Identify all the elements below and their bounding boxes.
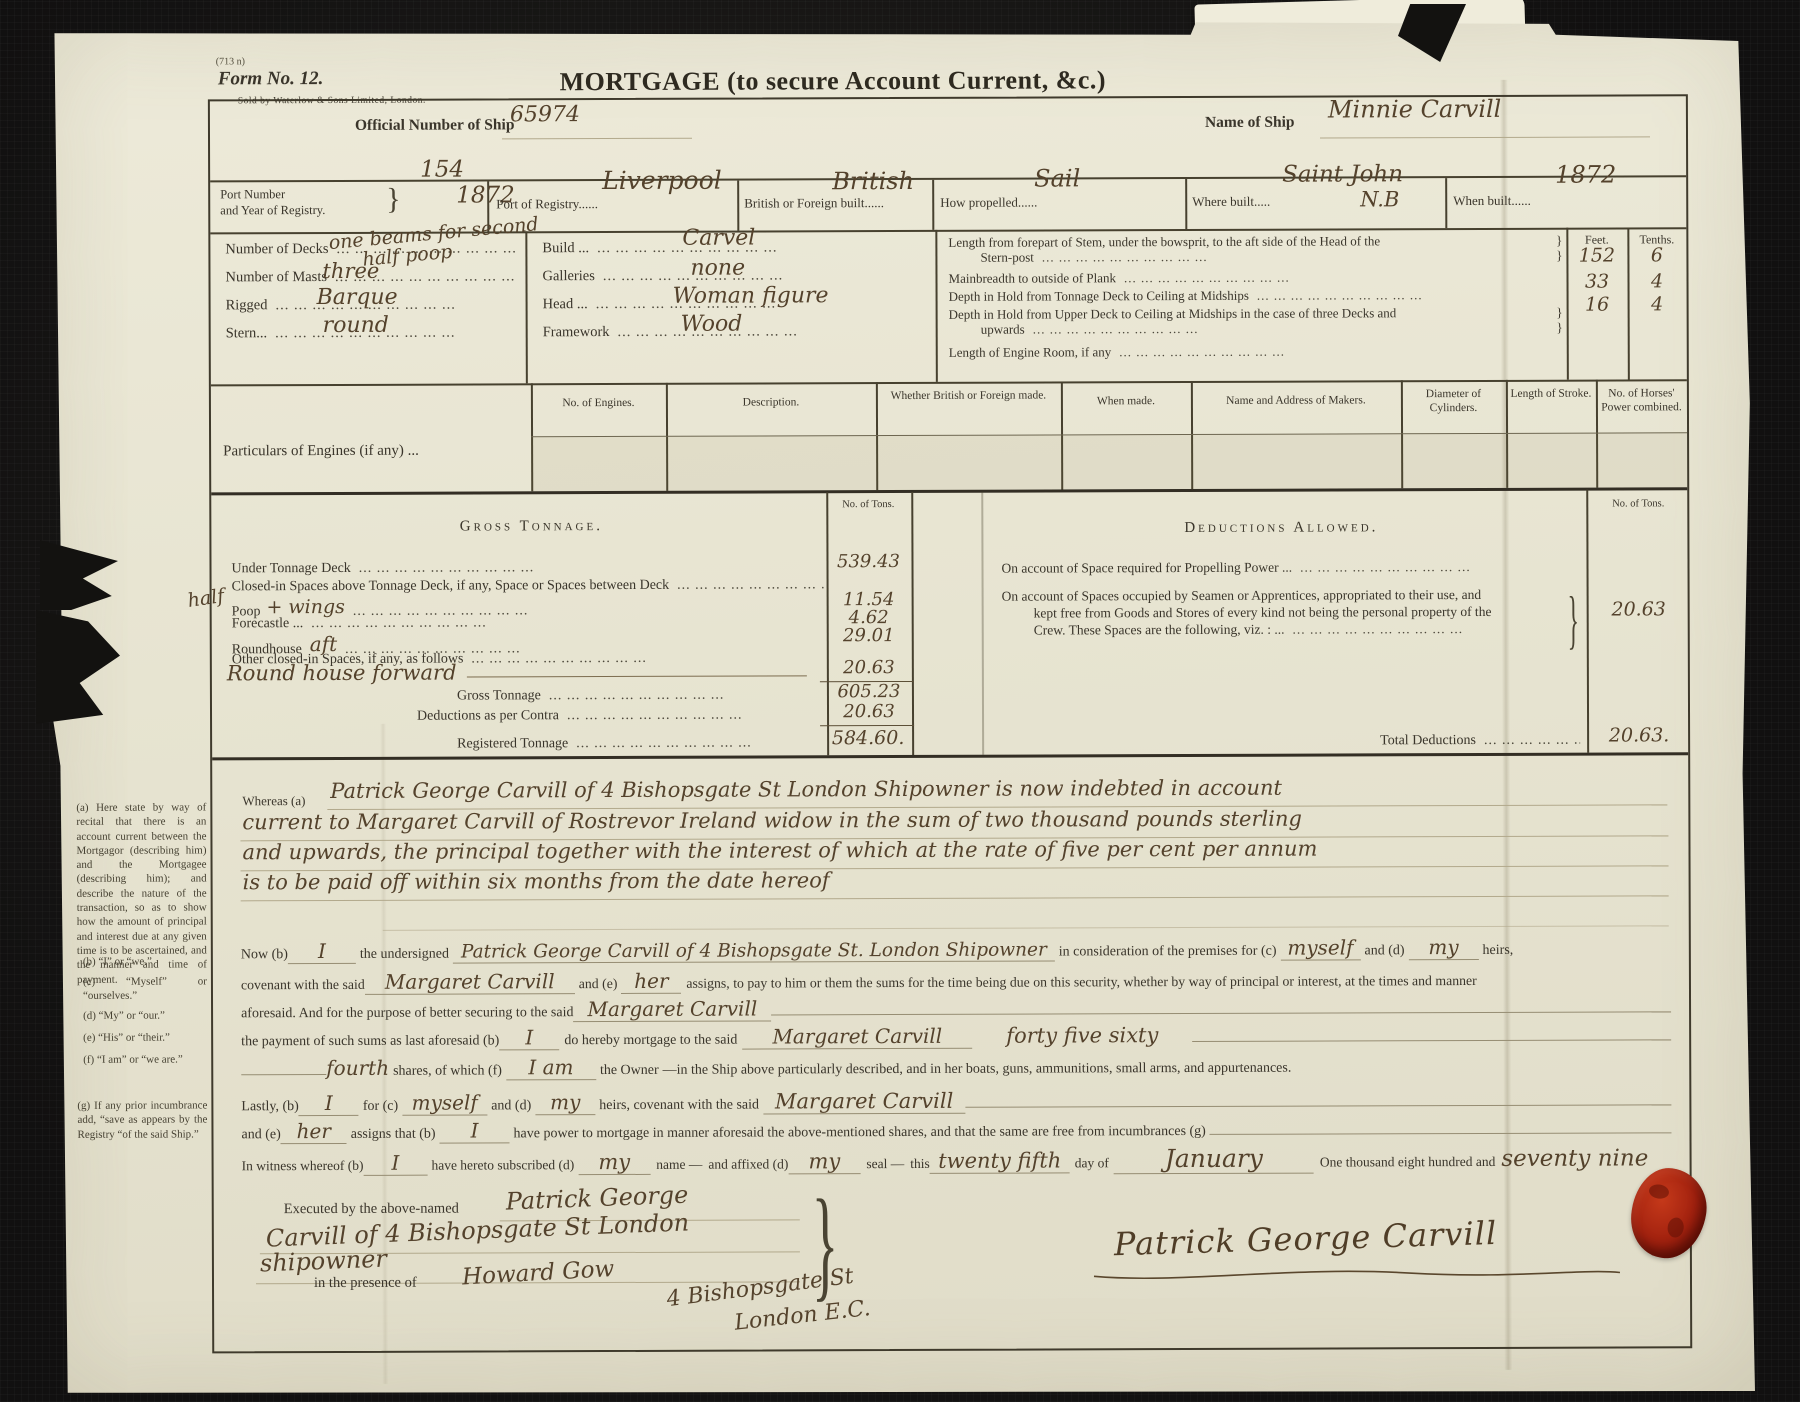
shares-handwritten: forty five sixty	[972, 1023, 1192, 1048]
witness-my2: my	[788, 1149, 860, 1174]
engine-value-cells	[531, 433, 1687, 491]
built-label: British or Foreign built......	[744, 195, 884, 211]
length-row-line2: Stern-post... ... ... ... ... ... ... ..…	[980, 248, 1562, 266]
i-am-handwritten: I am	[506, 1055, 596, 1080]
row2-v2	[737, 181, 739, 231]
gross-tonnage-label: Gross Tonnage	[457, 688, 541, 704]
length-feet-value: 152	[1566, 244, 1627, 266]
closed-spaces-leaders: ... ... ... ... ... ... ... ... ... ...	[677, 577, 824, 594]
propelling-leaders: ... ... ... ... ... ... ... ... ... ...	[1300, 559, 1572, 576]
engine-header-description: Description.	[666, 395, 876, 410]
row2-v4	[1185, 179, 1187, 229]
my-handwritten: my	[1408, 935, 1478, 960]
wax-seal-spot-1	[1648, 1183, 1670, 1200]
margin-note-b: (b) “I” or “we.”	[83, 954, 207, 969]
form-title: MORTGAGE (to secure Account Current, &c.…	[398, 65, 1268, 98]
mortgagor-signature: Patrick George Carvill	[1113, 1214, 1497, 1263]
depth-tenths-value: 4	[1628, 293, 1687, 315]
witness-address-line2: London E.C.	[733, 1296, 872, 1336]
engines-label: Particulars of Engines (if any) ...	[223, 443, 419, 461]
form-number: Form No. 12.	[218, 68, 324, 90]
engine-header-engines: No. of Engines.	[531, 396, 666, 411]
depth-row: Depth in Hold from Tonnage Deck to Ceili…	[949, 287, 1549, 305]
port-number-brace: }	[386, 183, 401, 217]
engine-header-when-made: When made.	[1061, 394, 1191, 409]
lastly-mortgagee: Margaret Carvill	[763, 1089, 965, 1115]
when-built-label: When built......	[1453, 193, 1531, 209]
whereas-line2: current to Margaret Carvill of Rostrevor…	[242, 807, 1302, 835]
under-deck-value: 539.43	[823, 551, 913, 572]
line4-dash-rule	[1192, 1039, 1671, 1042]
gross-tonnage-value: 605.23	[824, 681, 914, 702]
head-label: Head ...	[543, 296, 588, 313]
whereas-line1: Patrick George Carvill of 4 Bishopsgate …	[330, 776, 1282, 803]
length-brace-2: }	[1556, 248, 1562, 264]
shares-of-which-printed: shares, of which (f)	[389, 1063, 506, 1079]
row3-v1	[525, 231, 528, 383]
galleries-label: Galleries	[542, 268, 594, 285]
presence-label: in the presence of	[314, 1275, 417, 1292]
propelled-value: Sail	[1034, 164, 1080, 192]
roundhouse-value: 29.01	[824, 625, 914, 646]
breadth-leaders: ... ... ... ... ... ... ... ... ... ...	[1124, 269, 1549, 286]
stern-value: round	[323, 313, 389, 338]
lastly-and-e: and (e)	[241, 1127, 280, 1143]
undersigned-printed: the undersigned	[356, 947, 453, 963]
seamen-leaders: ... ... ... ... ... ... ... ... ... ...	[1293, 621, 1572, 638]
deduction-seamen-value: 20.63	[1594, 598, 1684, 620]
payment-printed: the payment of such sums as last aforesa…	[241, 1033, 499, 1050]
row3-divider	[211, 379, 1687, 386]
ship-name-value: Minnie Carvill	[1328, 95, 1502, 124]
port-of-registry-value: Liverpool	[602, 166, 722, 195]
covenant-i2: I	[499, 1025, 559, 1050]
length-tenths-value: 6	[1627, 244, 1686, 266]
heirs-covenant-printed: heirs, covenant with the said	[595, 1097, 763, 1114]
contra-label: Deductions as per Contra	[417, 708, 559, 724]
tons-header-right: No. of Tons.	[1589, 498, 1687, 509]
desk-background: (713 n) Form No. 12. Sold by Waterlow & …	[0, 0, 1800, 1402]
length-label-line2: Stern-post	[980, 250, 1034, 266]
total-deductions-value: 20.63.	[1592, 724, 1686, 746]
tonnage-row-closed-spaces: Closed-in Spaces above Tonnage Deck, if …	[232, 577, 824, 595]
assigns-that-printed: assigns that (b)	[347, 1127, 440, 1143]
breadth-row: Mainbreadth to outside of Plank... ... .…	[948, 269, 1548, 287]
form-main-box: Official Number of Ship 65974 Name of Sh…	[208, 94, 1692, 1353]
tonnage-row-contra: Deductions as per Contra... ... ... ... …	[417, 707, 824, 724]
lastly-my: my	[535, 1090, 595, 1115]
length-brace-1: }	[1556, 233, 1562, 249]
now-printed: Now (b)	[241, 947, 288, 963]
official-number-value: 65974	[510, 102, 580, 127]
document-paper: (713 n) Form No. 12. Sold by Waterlow & …	[48, 19, 1759, 1397]
ship-name-label: Name of Ship	[1205, 114, 1295, 132]
engine-room-row: Length of Engine Room, if any... ... ...…	[949, 343, 1549, 361]
mortgagee2-handwritten: Margaret Carvill	[573, 996, 771, 1022]
propelling-label: On account of Space required for Propell…	[1001, 560, 1292, 577]
witness-i: I	[363, 1151, 427, 1176]
lastly-line2: and (e) her assigns that (b) I have powe…	[241, 1114, 1671, 1144]
aforesaid-printed: aforesaid. And for the purpose of better…	[241, 1005, 573, 1022]
margin-note-f: (f) “I am” or “we are.”	[83, 1052, 207, 1067]
engine-header-origin: Whether British or Foreign made.	[876, 388, 1061, 403]
tonnage-row-registered: Registered Tonnage... ... ... ... ... ..…	[457, 735, 824, 752]
halves-divider	[981, 492, 984, 755]
registered-leaders: ... ... ... ... ... ... ... ... ... ...	[576, 735, 824, 752]
masts-value: three	[322, 259, 379, 283]
length-leaders: ... ... ... ... ... ... ... ... ... ...	[1042, 248, 1556, 266]
tons-header-left: No. of Tons.	[823, 499, 913, 510]
in-witness-printed: In witness whereof (b)	[242, 1158, 364, 1174]
row2-v3	[932, 180, 934, 230]
forecastle-leaders: ... ... ... ... ... ... ... ... ... ...	[311, 614, 824, 632]
total-deductions-row: Total Deductions... ... ... ... ... ... …	[1380, 733, 1580, 750]
wax-seal-spot-2	[1666, 1216, 1685, 1238]
line3-blank-rule	[771, 1011, 1671, 1015]
gross-tonnage-header: Gross Tonnage.	[251, 517, 811, 536]
ship-name-rule	[1320, 136, 1650, 138]
depth-leaders: ... ... ... ... ... ... ... ... ... ...	[1257, 287, 1549, 304]
witness-signature: Howard Gow	[461, 1256, 614, 1290]
propelled-label: How propelled......	[940, 195, 1037, 211]
port-number-label-line1: Port Number	[220, 187, 285, 201]
port-number-label: Port Number and Year of Registry.	[220, 187, 325, 219]
depth-feet-value: 16	[1567, 293, 1628, 315]
day-of-printed: day of	[1070, 1155, 1114, 1171]
length-gap	[1380, 245, 1556, 246]
built-value: British	[832, 167, 914, 195]
and-d-printed: and (d)	[1360, 943, 1408, 959]
whereas-prefix: Whereas (a)	[242, 793, 305, 809]
covenant-line4: the payment of such sums as last aforesa…	[241, 1021, 1671, 1051]
gross-leaders: ... ... ... ... ... ... ... ... ... ...	[549, 687, 824, 704]
framework-value: Wood	[681, 312, 743, 337]
depth2-row-line2: upwards... ... ... ... ... ... ... ... .…	[981, 320, 1563, 338]
registered-label: Registered Tonnage	[457, 736, 568, 752]
deduction-seamen-line3: Crew. These Spaces are the following, vi…	[1034, 621, 1572, 639]
executed-name-line3: shipowner	[259, 1245, 387, 1278]
deductions-header: Deductions Allowed.	[1001, 519, 1561, 538]
framework-label: Framework	[543, 324, 610, 341]
for-c-printed: for (c)	[359, 1099, 402, 1115]
covenant-i1: I	[288, 939, 356, 964]
depth2-leaders: ... ... ... ... ... ... ... ... ... ...	[1033, 320, 1557, 338]
engine-header-makers: Name and Address of Makers.	[1191, 393, 1401, 408]
seamen-line3-label: Crew. These Spaces are the following, vi…	[1034, 622, 1285, 639]
margin-note-c: (c) “Myself” or “ourselves.”	[83, 974, 207, 1003]
engine-header-stroke: Length of Stroke.	[1506, 387, 1596, 402]
contra-leaders: ... ... ... ... ... ... ... ... ... ...	[567, 707, 824, 724]
build-value: Carvel	[682, 226, 755, 251]
deduction-seamen-line1: On account of Spaces occupied by Seamen …	[1002, 587, 1572, 605]
tonnage-row-under-deck: Under Tonnage Deck... ... ... ... ... ..…	[231, 559, 823, 577]
port-number-value: 154	[420, 157, 464, 183]
decks-label: Number of Decks	[225, 241, 328, 258]
whereas-line4: is to be paid off within six months from…	[243, 868, 830, 894]
assigns-printed: assigns, to pay to him or them the sums …	[681, 973, 1476, 992]
roundhouse-forward-handwritten: Round house forward	[227, 661, 457, 686]
deduction-seamen-line2: kept free from Goods and Stores of every…	[1034, 604, 1574, 622]
covenant-line1: Now (b) I the undersigned Patrick George…	[241, 934, 1671, 964]
under-deck-label: Under Tonnage Deck	[231, 561, 350, 577]
engine-room-label: Length of Engine Room, if any	[949, 344, 1112, 361]
where-built-value-1: Saint John	[1282, 161, 1403, 187]
mortgagee3-handwritten: Margaret Carvill	[742, 1024, 972, 1050]
mortgagee-handwritten: Margaret Carvill	[365, 969, 575, 995]
lastly-i2: I	[439, 1118, 509, 1143]
stern-label: Stern...	[226, 325, 268, 342]
under-deck-leaders: ... ... ... ... ... ... ... ... ... ...	[359, 559, 824, 577]
myself-handwritten: myself	[1280, 935, 1360, 960]
engine-header-horsepower: No. of Horses' Power combined.	[1596, 386, 1687, 415]
covenant-line3: aforesaid. And for the purpose of better…	[241, 993, 1671, 1023]
wax-seal	[1625, 1163, 1712, 1263]
lastly-myself: myself	[402, 1090, 487, 1115]
covenant-with-printed: covenant with the said	[241, 977, 365, 993]
depth2-gap	[1396, 317, 1556, 318]
ship-described-printed: —in the Ship above particularly describe…	[663, 1061, 1292, 1079]
execution-bracket: }	[812, 1181, 839, 1306]
total-deductions-leaders: ... ... ... ... ... ... ... ... ... ...	[1484, 733, 1580, 749]
margin-note-e: (e) “His” or “their.”	[83, 1030, 207, 1045]
power-printed: have power to mortgage in manner aforesa…	[509, 1124, 1209, 1142]
owner-printed: the Owner	[596, 1063, 663, 1079]
rigged-label: Rigged	[226, 297, 268, 314]
heirs-printed: heirs,	[1479, 943, 1514, 959]
depth2-label-line2: upwards	[981, 322, 1025, 338]
galleries-value: none	[690, 256, 745, 281]
fourth-handwritten: fourth	[326, 1056, 389, 1080]
roundhouse-forward-value: 20.63	[824, 657, 914, 678]
breadth-label: Mainbreadth to outside of Plank	[948, 270, 1116, 287]
name-printed: name —	[650, 1157, 708, 1173]
covenant-line5: fourth shares, of which (f) I am the Own…	[241, 1051, 1671, 1081]
mortgagor-handwritten: Patrick George Carvill of 4 Bishopsgate …	[453, 939, 1055, 963]
margin-note-g: (g) If any prior incumbrance add, “save …	[77, 1098, 207, 1141]
row2-v5	[1445, 178, 1447, 228]
port-number-label-line2: and Year of Registry.	[220, 203, 325, 217]
executed-label: Executed by the above-named	[284, 1201, 459, 1219]
engine-room-leaders: ... ... ... ... ... ... ... ... ... ...	[1119, 343, 1549, 360]
depth2-brace-2: }	[1556, 320, 1562, 336]
seal-printed: seal —	[860, 1156, 910, 1172]
poop-annotation: + wings	[266, 596, 345, 618]
year-printed: One thousand eight hundred and	[1314, 1154, 1502, 1171]
ded-tons-col-left	[1586, 490, 1589, 753]
whereas-line3: and upwards, the principal together with…	[242, 837, 1317, 865]
port-of-registry-label: Port of Registry......	[496, 196, 598, 212]
lastly-and-d: and (d)	[487, 1098, 535, 1114]
breadth-tenths-value: 4	[1627, 270, 1686, 292]
whereas-rule5	[383, 925, 1669, 930]
poop-margin-note: half	[186, 585, 225, 612]
official-number-rule	[502, 138, 692, 140]
witness-line: In witness whereof (b) I have hereto sub…	[242, 1142, 1672, 1177]
consideration-printed: in consideration of the premises for (c)	[1055, 944, 1281, 961]
official-number-label: Official Number of Ship	[355, 116, 515, 135]
breadth-feet-value: 33	[1566, 270, 1627, 292]
tonnage-bottom-rule	[212, 752, 1688, 760]
other-spaces-leaders: ... ... ... ... ... ... ... ... ... ...	[471, 650, 823, 667]
this-printed: this	[910, 1156, 930, 1172]
registered-value: 584.60.	[820, 727, 916, 749]
deduction-brace: }	[1568, 584, 1579, 659]
contra-value: 20.63	[824, 701, 914, 722]
lastly-line2-rule	[1210, 1132, 1672, 1135]
affixed-printed: and affixed (d)	[708, 1156, 788, 1172]
day-handwritten: twenty fifth	[930, 1148, 1070, 1173]
tonnage-row-forecastle: Forecastle ...... ... ... ... ... ... ..…	[232, 614, 824, 632]
engine-header-diameter: Diameter of Cylinders.	[1401, 387, 1506, 416]
signature-flourish	[1092, 1262, 1622, 1284]
total-deductions-label: Total Deductions	[1380, 733, 1476, 749]
lastly-line1-rule	[965, 1104, 1671, 1107]
where-built-label: Where built.....	[1192, 194, 1270, 210]
depth-label: Depth in Hold from Tonnage Deck to Ceili…	[949, 288, 1249, 305]
her-handwritten: her	[621, 969, 681, 994]
tonnage-row-gross: Gross Tonnage... ... ... ... ... ... ...…	[457, 687, 824, 704]
lastly-her: her	[281, 1119, 347, 1144]
where-built-value-2: N.B	[1360, 187, 1399, 211]
depth2-brace-1: }	[1556, 305, 1562, 321]
stern-leaders: ... ... ... ... ... ... ... ... ... ...	[275, 324, 518, 342]
covenant-line2: covenant with the said Margaret Carvill …	[241, 965, 1671, 995]
row3-v2	[935, 230, 938, 382]
subscribed-printed: have hereto subscribed (d)	[427, 1157, 578, 1174]
forecastle-label: Forecastle ...	[232, 616, 304, 632]
lastly-i: I	[299, 1091, 359, 1116]
deduction-row-propelling: On account of Space required for Propell…	[1001, 559, 1571, 577]
form-code: (713 n)	[216, 56, 245, 67]
roundhouse-forward-dashes	[467, 675, 807, 677]
year-handwritten: seventy nine	[1501, 1145, 1648, 1172]
mortgage-to-printed: do hereby mortgage to the said	[559, 1033, 742, 1050]
line5-lead-rule	[241, 1074, 326, 1075]
whereas-rule4	[241, 895, 1669, 901]
lastly-printed: Lastly, (b)	[241, 1099, 298, 1115]
margin-note-d: (d) “My” or “our.”	[83, 1008, 207, 1023]
build-label: Build ...	[542, 240, 589, 257]
when-built-value: 1872	[1555, 161, 1616, 189]
head-value: Woman figure	[673, 283, 829, 309]
and-e-printed: and (e)	[575, 976, 622, 992]
masts-label: Number of Masts	[225, 269, 327, 286]
witness-my1: my	[578, 1150, 650, 1175]
closed-spaces-label: Closed-in Spaces above Tonnage Deck, if …	[232, 578, 670, 596]
month-handwritten: January	[1114, 1144, 1314, 1175]
rigged-value: Barque	[317, 285, 398, 310]
lastly-line1: Lastly, (b) I for (c) myself and (d) my …	[241, 1086, 1671, 1116]
